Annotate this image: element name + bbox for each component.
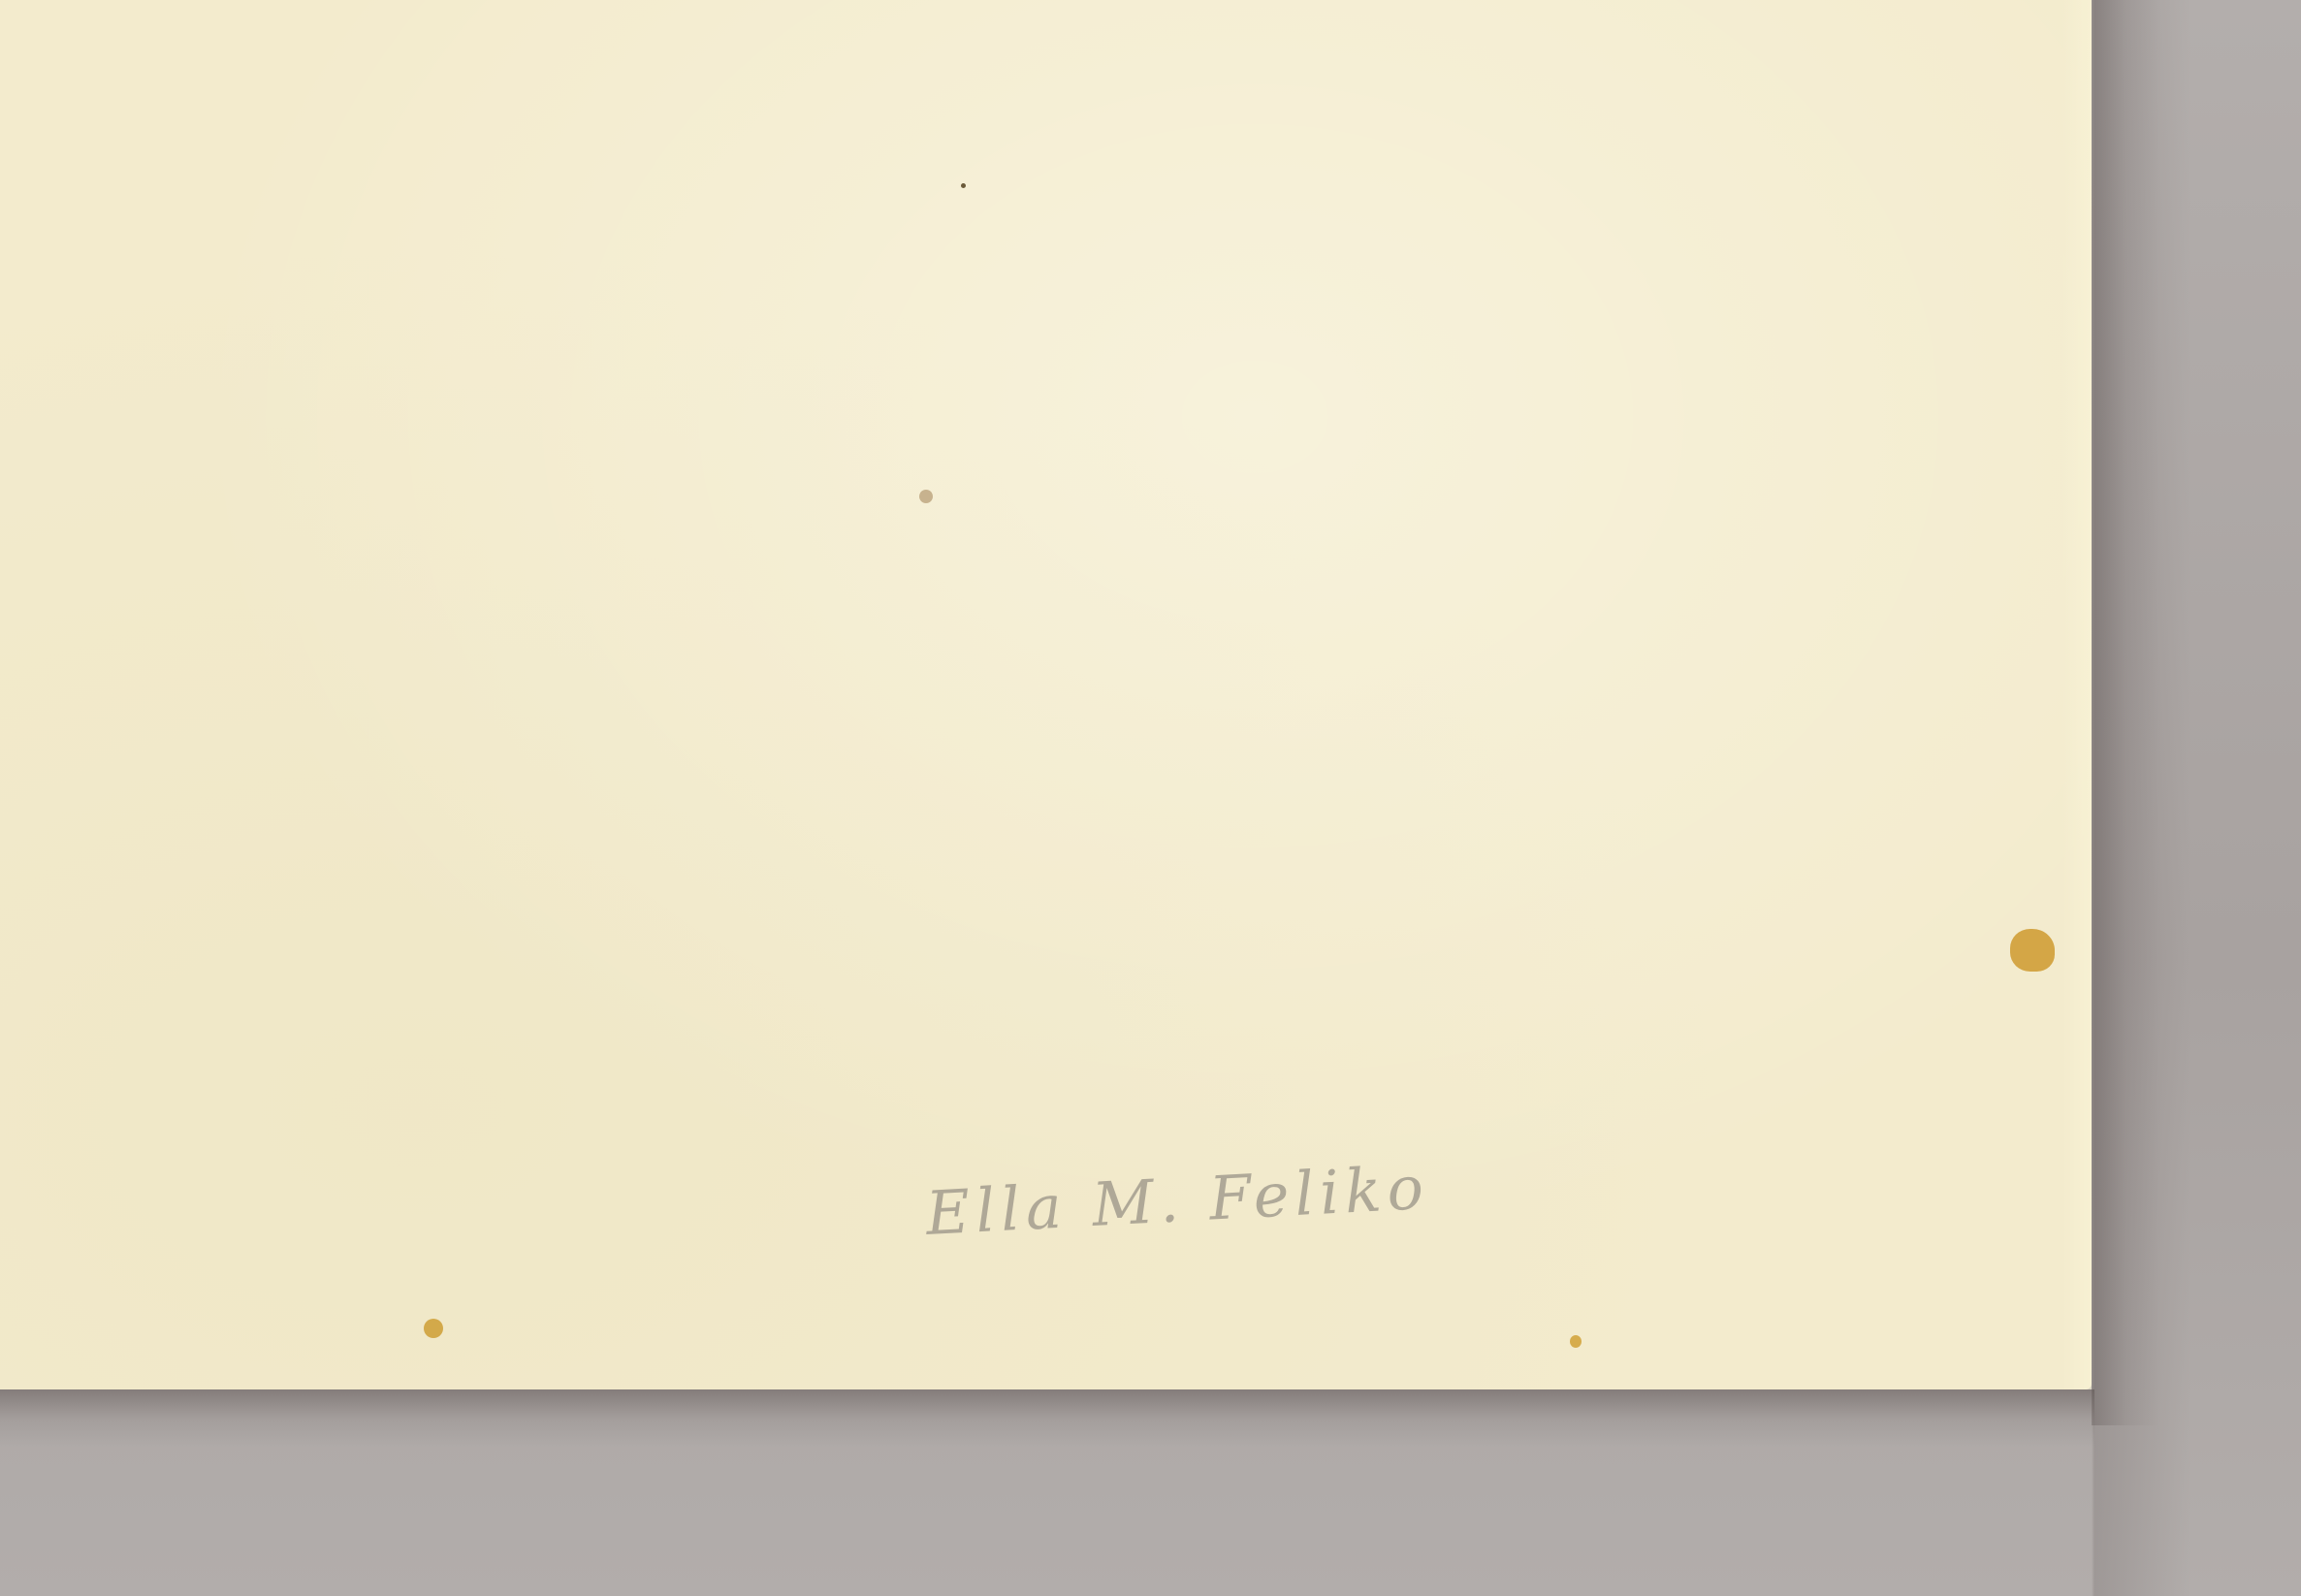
spot-ochre-small: [1570, 1335, 1582, 1348]
paper-shadow-bottom: [0, 1389, 2094, 1448]
paper-edge: [2062, 0, 2092, 1389]
spot-dark-speck: [961, 183, 966, 188]
pencil-signature: Ella M. Feliko: [924, 1152, 1430, 1249]
spot-faint-grey: [919, 490, 933, 503]
paper-sheet: Ella M. Feliko: [0, 0, 2092, 1389]
spot-ochre-left: [424, 1319, 443, 1338]
paper-shadow-right: [2092, 0, 2159, 1425]
spot-ochre-large: [2010, 929, 2055, 972]
